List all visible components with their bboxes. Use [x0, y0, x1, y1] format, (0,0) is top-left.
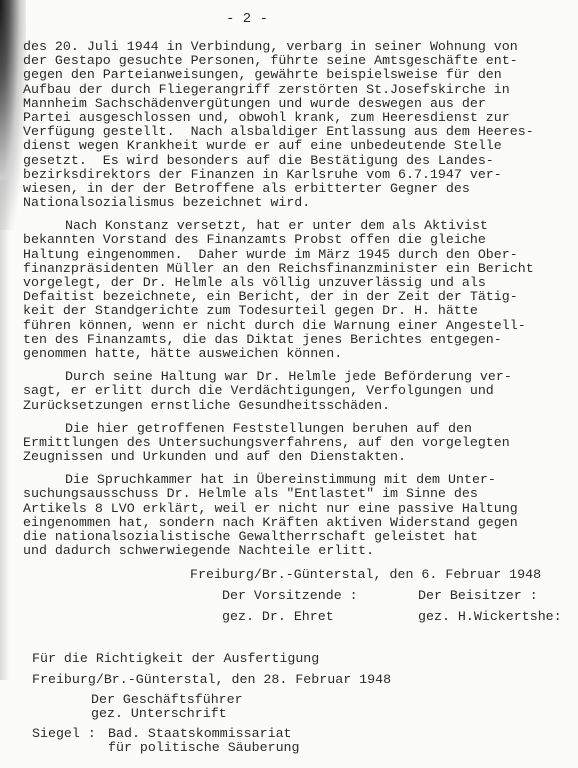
paragraph-2: Nach Konstanz versetzt, hat er unter dem… [23, 219, 573, 361]
text-line: gesetzt. Es wird besonders auf die Bestä… [23, 154, 573, 168]
text-line: Aufbau der durch Fliegerangriff zerstört… [23, 83, 573, 97]
text-line: Die Spruchkammer hat in Übereinstimmung … [23, 473, 573, 487]
text-line: Partei ausgeschlossen und, obwohl krank,… [23, 111, 573, 125]
seal-label: Siegel : [32, 727, 96, 741]
text-line: Die hier getroffenen Feststellungen beru… [23, 422, 573, 436]
text-line: Verfügung gestellt. Nach alsbaldiger Ent… [23, 125, 573, 139]
text-line: Mannheim Sachschädenvergütungen und wurd… [23, 97, 573, 111]
scan-edge-shade [0, 180, 10, 680]
text-line: Artikels 8 LVO erklärt, weil er nicht nu… [23, 502, 573, 516]
text-line: und dadurch schwerwiegende Nachteile erl… [23, 544, 573, 558]
text-line: dienst wegen Krankheit wurde er auf eine… [23, 139, 573, 153]
text-line: finanzpräsidenten Müller an den Reichsfi… [23, 262, 573, 276]
text-line: sagt, er erlitt durch die Verdächtigunge… [23, 384, 573, 398]
text-line: wiesen, in der der Betroffene als erbitt… [23, 182, 573, 196]
paragraph-5: Die Spruchkammer hat in Übereinstimmung … [23, 473, 573, 558]
text-line: führen können, wenn er nicht durch die W… [23, 319, 573, 333]
assessor-title: Der Beisitzer : [418, 589, 538, 603]
text-line: Zurücksetzungen ernstliche Gesundheitssc… [23, 399, 573, 413]
text-line: gegen den Parteianweisungen, gewährte be… [23, 68, 573, 82]
paragraph-1: des 20. Juli 1944 in Verbindung, verbarg… [23, 40, 573, 210]
text-line: die nationalsozialistische Gewaltherrsch… [23, 530, 573, 544]
text-line: eingenommen hat, sondern nach Kräften ak… [23, 516, 573, 530]
page-number: - 2 - [226, 11, 268, 27]
certification-place-date: Freiburg/Br.-Günterstal, den 28. Februar… [32, 673, 391, 687]
paragraph-3: Durch seine Haltung war Dr. Helmle jede … [23, 370, 573, 413]
text-line: Nach Konstanz versetzt, hat er unter dem… [23, 219, 573, 233]
seal-line-2: für politische Säuberung [108, 741, 300, 755]
text-line: vorgelegt, der Dr. Helmle als völlig unz… [23, 276, 573, 290]
text-line: Durch seine Haltung war Dr. Helmle jede … [23, 370, 573, 384]
text-line: Zeugnissen und Urkunden und auf den Dien… [23, 450, 573, 464]
text-line: Haltung eingenommen. Daher wurde im März… [23, 248, 573, 262]
text-line: Nationalsozialismus bezeichnet wird. [23, 196, 573, 210]
text-line: Defaitist bezeichnete, ein Bericht, der … [23, 290, 573, 304]
chair-title: Der Vorsitzende : [222, 589, 358, 603]
text-line: des 20. Juli 1944 in Verbindung, verbarg… [23, 40, 573, 54]
seal-line-1: Bad. Staatskommissariat [108, 727, 292, 741]
text-line: bezirksdirektors der Finanzen in Karlsru… [23, 168, 573, 182]
signature-place-date: Freiburg/Br.-Günterstal, den 6. Februar … [190, 568, 541, 582]
text-line: Ermittlungen des Untersuchungsverfahrens… [23, 436, 573, 450]
text-line: bekannten Vorstand des Finanzamts Probst… [23, 233, 573, 247]
assessor-name: gez. H.Wickertshe: [418, 610, 562, 624]
manager-title: Der Geschäftsführer [91, 693, 243, 707]
document-page: - 2 - des 20. Juli 1944 in Verbindung, v… [0, 0, 578, 768]
text-line: der Gestapo gesuchte Personen, führte se… [23, 54, 573, 68]
manager-signature: gez. Unterschrift [91, 707, 227, 721]
document-body: des 20. Juli 1944 in Verbindung, verbarg… [23, 40, 573, 567]
text-line: suchungsausschuss Dr. Helmle als "Entlas… [23, 487, 573, 501]
text-line: genommen hatte, hätte ausweichen können. [23, 347, 573, 361]
paragraph-4: Die hier getroffenen Feststellungen beru… [23, 422, 573, 465]
text-line: keit der Standgerichte zum Todesurteil g… [23, 304, 573, 318]
certification-heading: Für die Richtigkeit der Ausfertigung [32, 652, 319, 666]
text-line: ten des Finanzamts, die das Diktat jenes… [23, 333, 573, 347]
chair-name: gez. Dr. Ehret [222, 610, 334, 624]
